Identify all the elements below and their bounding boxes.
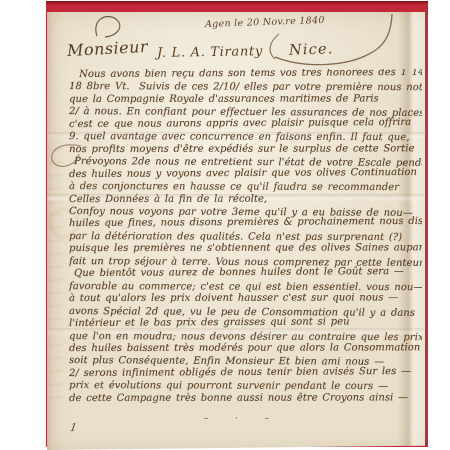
letter-destination: Nice. bbox=[289, 41, 334, 59]
handwriting-line: Nous avons bien reçu dans son tems vos t… bbox=[69, 69, 422, 81]
product-photo: Agen le 20 Nov.re 1840 Monsieur J. L. A.… bbox=[0, 0, 450, 450]
salutation-loop bbox=[96, 17, 120, 37]
handwriting-line: des huiles nous y voyons avec plaisir qu… bbox=[69, 166, 422, 181]
handwriting-line: Celles Données à la fin de la récolte, bbox=[69, 193, 422, 206]
closing-marks: – · – bbox=[195, 414, 285, 424]
handwriting-line: puisque les premières ne s'obtiennent qu… bbox=[69, 243, 422, 256]
handwriting-line: c'est ce que nous aurons appris avec pla… bbox=[69, 117, 422, 132]
letter-salutation: Monsieur bbox=[67, 37, 149, 60]
handwriting-line: des huiles baissent très modérés pour qu… bbox=[69, 342, 422, 355]
letter-dateline: Agen le 20 Nov.re 1840 bbox=[205, 15, 325, 30]
margin-mark: 1 bbox=[69, 421, 78, 435]
handwriting-line: à tout qu'alors les prix doivent hausser… bbox=[69, 292, 422, 305]
handwriting-line: Que bientôt vous aurez de bonnes huiles … bbox=[69, 266, 422, 281]
handwriting-line: huiles que fines, nous disons premières … bbox=[69, 216, 422, 231]
handwriting-line: nos profits moyens d'être expédiés sur l… bbox=[69, 143, 422, 156]
letter-paper: Agen le 20 Nov.re 1840 Monsieur J. L. A.… bbox=[47, 12, 425, 450]
handwriting-line: 2/ serons infiniment obligés de nous ten… bbox=[69, 366, 422, 381]
letter-recipient-name: J. L. A. Tiranty bbox=[157, 44, 263, 61]
ink-bleed-ghost bbox=[49, 130, 63, 402]
handwriting-line: l'intérieur et le bas prix des graisses … bbox=[69, 316, 422, 331]
letter-body: Nous avons bien reçu dans son tems vos t… bbox=[69, 69, 422, 405]
handwriting-line: que la Compagnie Royale d'assurances mar… bbox=[69, 93, 422, 106]
handwriting-line: de cette Campagne très bonne aussi nous … bbox=[69, 392, 422, 405]
paraph-open-curve bbox=[270, 34, 279, 59]
